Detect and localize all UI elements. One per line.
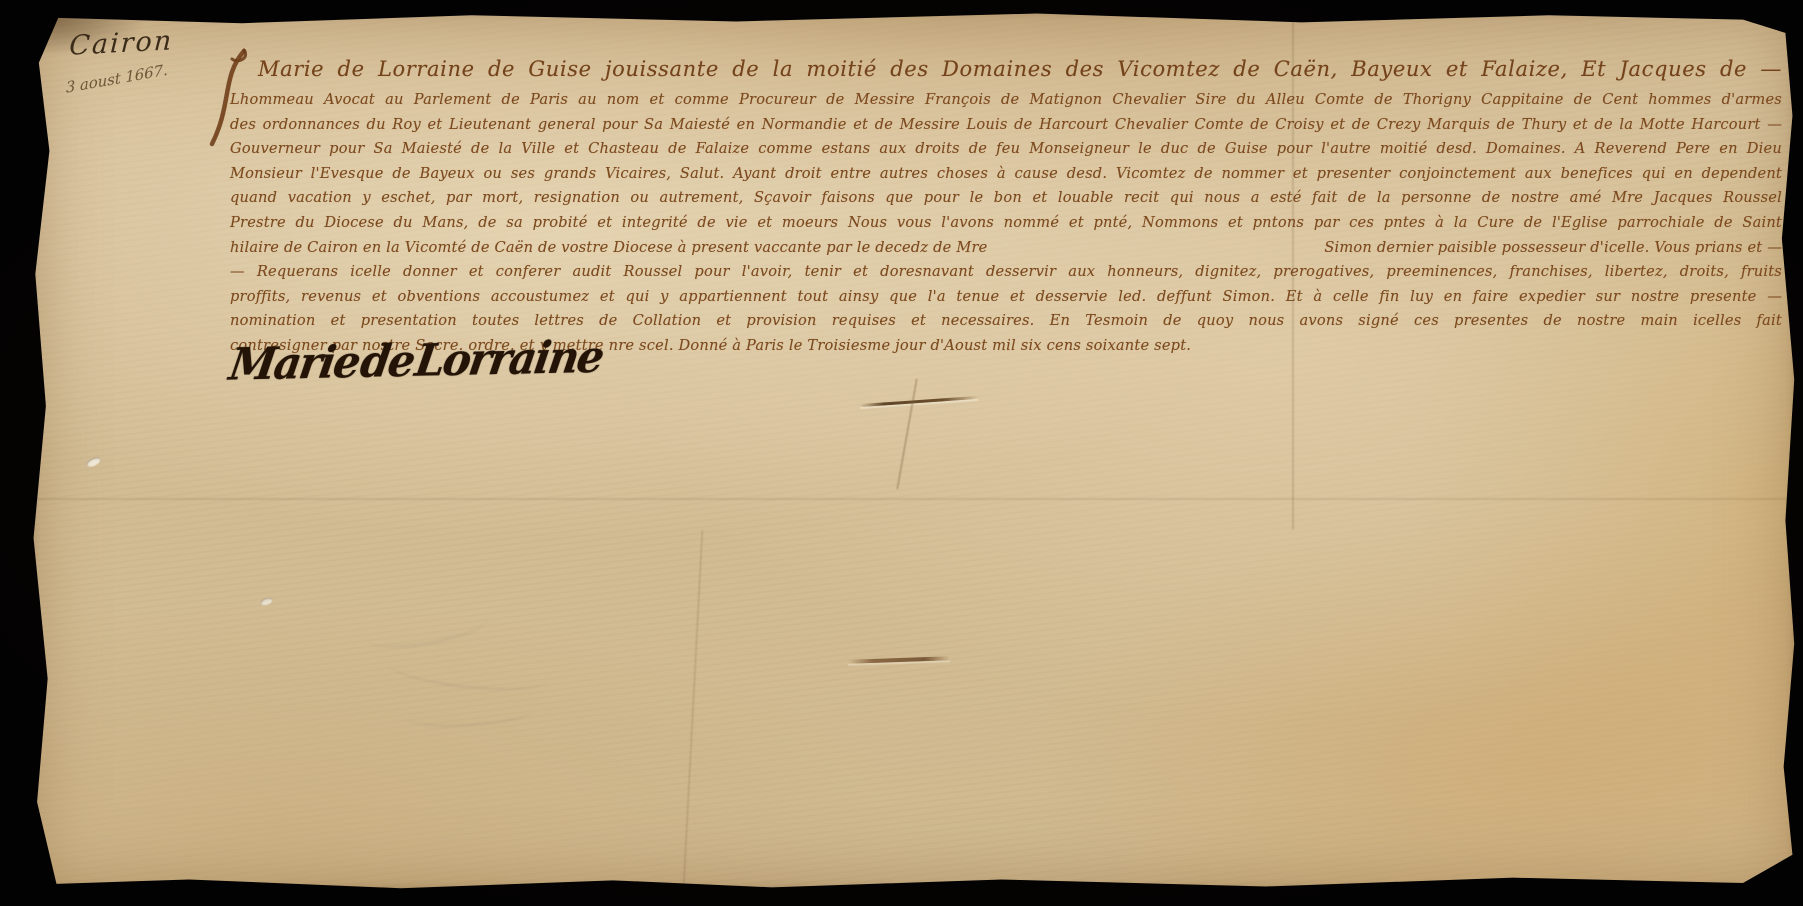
archival-note: Cairon 3 aoust 1667.	[69, 25, 176, 89]
signature: Marie de Lorraine	[226, 331, 606, 390]
parchment-fold-line	[30, 498, 1796, 500]
parchment-document: Cairon 3 aoust 1667. Marie de Lorraine d…	[30, 10, 1796, 890]
archival-date-label: 3 aoust 1667.	[66, 59, 175, 96]
manuscript-line: quand vacation y eschet, par mort, resig…	[230, 186, 1782, 211]
photo-background: Cairon 3 aoust 1667. Marie de Lorraine d…	[0, 0, 1803, 906]
manuscript-body: Marie de Lorraine de Guise jouissante de…	[230, 52, 1782, 359]
manuscript-line: proffits, revenus et obventions accoustu…	[230, 285, 1782, 310]
parchment-hole	[85, 455, 102, 468]
parchment-slit-mark	[848, 656, 950, 664]
manuscript-line-with-vacancy-gap: hilaire de Cairon en la Vicomté de Caën …	[230, 236, 1782, 261]
parchment-crease	[683, 530, 704, 886]
parchment-slit-mark	[860, 396, 978, 407]
manuscript-line-part: Simon dernier paisible possesseur d'icel…	[1324, 236, 1782, 261]
archival-place-label: Cairon	[69, 25, 174, 62]
manuscript-line: — Requerans icelle donner et conferer au…	[230, 260, 1782, 285]
manuscript-line: nomination et presentation toutes lettre…	[230, 309, 1782, 334]
manuscript-line: Gouverneur pour Sa Maiesté de la Ville e…	[230, 137, 1782, 162]
manuscript-line: Lhommeau Avocat au Parlement de Paris au…	[230, 88, 1782, 113]
parchment-crease	[1292, 10, 1294, 530]
parchment-crease	[896, 379, 917, 490]
manuscript-line-part: hilaire de Cairon en la Vicomté de Caën …	[230, 236, 988, 261]
manuscript-line: Prestre du Diocese du Mans, de sa probit…	[230, 211, 1782, 236]
manuscript-line: Marie de Lorraine de Guise jouissante de…	[230, 52, 1782, 86]
parchment-hole	[259, 596, 274, 607]
ghost-text-showthrough	[358, 608, 588, 748]
manuscript-line: des ordonnances du Roy et Lieutenant gen…	[230, 113, 1782, 138]
manuscript-line: Monsieur l'Evesque de Bayeux ou ses gran…	[230, 162, 1782, 187]
